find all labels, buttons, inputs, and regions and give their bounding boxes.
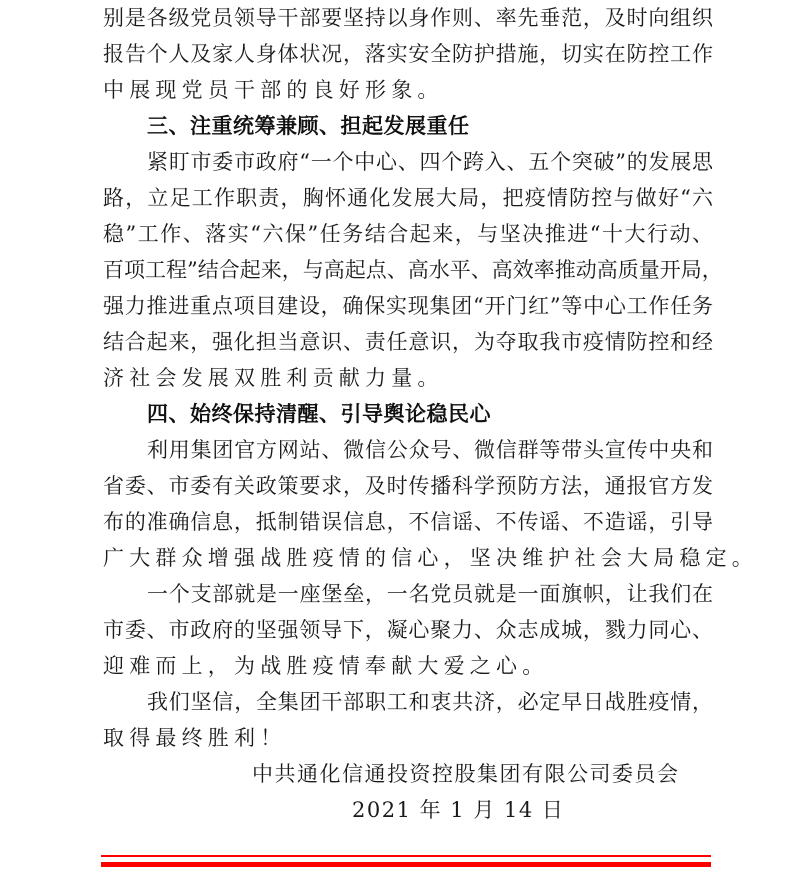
paragraph-line: 稳”工作、落实“六保”任务结合起来，与坚决推进“十大行动、 [103,216,713,252]
paragraph-line: 利用集团官方网站、微信公众号、微信群等带头宣传中央和 [147,432,713,468]
paragraph-line: 路，立足工作职责，胸怀通化发展大局，把疫情防控与做好“六 [103,180,713,216]
paragraph-line: 迎难而上，为战胜疫情奉献大爱之心。 [103,648,548,684]
footer-rule-thick [101,862,711,867]
paragraph-line: 市委、市政府的坚强领导下，凝心聚力、众志成城，戮力同心、 [103,612,713,648]
signature-date: 2021 年 1 月 14 日 [352,792,564,828]
paragraph-line: 省委、市委有关政策要求，及时传播科学预防方法，通报官方发 [103,468,713,504]
paragraph-line: 别是各级党员领导干部要坚持以身作则、率先垂范，及时向组织 [103,0,713,36]
footer-rule-thin [101,855,711,857]
paragraph-line: 紧盯市委市政府“一个中心、四个跨入、五个突破”的发展思 [147,144,713,180]
section-heading-4: 四、始终保持清醒、引导舆论稳民心 [147,396,491,432]
section-heading-3: 三、注重统筹兼顾、担起发展重任 [147,108,470,144]
paragraph-line: 广大群众增强战胜疫情的信心，坚决维护社会大局稳定。 [103,540,758,576]
paragraph-line: 一个支部就是一座堡垒，一名党员就是一面旗帜，让我们在 [147,576,713,612]
paragraph-line: 强力推进重点项目建设，确保实现集团“开门红”等中心工作任务 [103,288,713,324]
paragraph-line: 结合起来，强化担当意识、责任意识，为夺取我市疫情防控和经 [103,324,713,360]
paragraph-line: 报告个人及家人身体状况，落实安全防护措施，切实在防控工作 [103,36,713,72]
signature-organization: 中共通化信通投资控股集团有限公司委员会 [252,756,680,792]
paragraph-line: 百项工程”结合起来，与高起点、高水平、高效率推动高质量开局， [103,252,713,288]
paragraph-line: 中展现党员干部的良好形象。 [103,72,444,108]
paragraph-line: 我们坚信，全集团干部职工和衷共济，必定早日战胜疫情， [147,684,713,720]
paragraph-line: 济社会发展双胜利贡献力量。 [103,360,444,396]
paragraph-line: 取得最终胜利！ [103,720,286,756]
paragraph-line: 布的准确信息，抵制错误信息，不信谣、不传谣、不造谣，引导 [103,504,713,540]
